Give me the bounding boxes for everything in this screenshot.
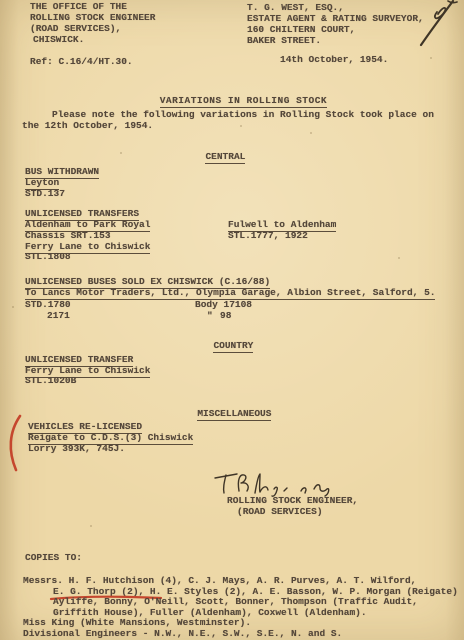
signatory-title-1: ROLLING STOCK ENGINEER, bbox=[227, 496, 358, 506]
central-heading: CENTRAL bbox=[205, 152, 245, 164]
country-heading: COUNTRY bbox=[213, 341, 253, 353]
recipient-line-3: 160 CHILTERN COURT, bbox=[247, 25, 355, 35]
buses-sold-buyer: To Lancs Motor Traders, Ltd., Olympia Ga… bbox=[25, 288, 435, 300]
copies-heading: COPIES TO: bbox=[25, 553, 82, 563]
paper-speck bbox=[90, 525, 92, 527]
paper-speck bbox=[12, 306, 14, 308]
letter-page: THE OFFICE OF THE ROLLING STOCK ENGINEER… bbox=[0, 0, 464, 640]
signatory-title-2: (ROAD SERVICES) bbox=[237, 507, 323, 517]
sender-line-2: ROLLING STOCK ENGINEER bbox=[30, 13, 155, 23]
bus-withdrawn-stock: STD.137 bbox=[25, 189, 65, 199]
misc-heading: MISCELLANEOUS bbox=[197, 409, 271, 421]
transfer-route-3-stock: STL.1777, 1922 bbox=[228, 231, 308, 241]
recipient-line-4: BAKER STREET. bbox=[247, 36, 321, 46]
transfer-route-1-stock: Chassis SRT.153 bbox=[25, 231, 111, 241]
sold-row1-body: Body 17108 bbox=[195, 300, 252, 310]
sold-row2-ditto: " bbox=[207, 311, 213, 321]
copies-line-3: Ayliffe, Bonny, O'Neill, Scott, Bonner, … bbox=[53, 597, 418, 607]
signature-scrawl-icon bbox=[213, 466, 348, 498]
letter-date: 14th October, 1954. bbox=[280, 55, 388, 65]
transfer-route-2-stock: STL.1808 bbox=[25, 252, 71, 262]
copies-line-6: Divisional Engineers - N.W., N.E., S.W.,… bbox=[23, 629, 342, 639]
paper-speck bbox=[430, 57, 432, 59]
country-transfer-stock: STL.1020B bbox=[25, 376, 76, 386]
sender-line-4: CHISWICK. bbox=[33, 35, 84, 45]
sold-row2-fleetno: 2171 bbox=[47, 311, 70, 321]
sender-line-3: (ROAD SERVICES), bbox=[30, 24, 121, 34]
document-title: VARIATIONS IN ROLLING STOCK bbox=[160, 96, 327, 108]
paper-speck bbox=[398, 257, 400, 259]
copies-line-1: Messrs. H. F. Hutchison (4), C. J. Mays,… bbox=[23, 576, 416, 586]
intro-line-1: Please note the following variations in … bbox=[52, 110, 434, 120]
pen-checkmark-icon bbox=[408, 0, 460, 48]
recipient-line-2: ESTATE AGENT & RATING SURVEYOR, bbox=[247, 14, 424, 24]
sold-row1-fleetno: STD.1780 bbox=[25, 300, 71, 310]
reference-number: Ref: C.16/4/HT.30. bbox=[30, 57, 133, 67]
recipient-line-1: T. G. WEST, ESQ., bbox=[247, 3, 344, 13]
red-margin-mark-icon bbox=[4, 414, 26, 472]
paper-speck bbox=[240, 125, 242, 127]
sender-line-1: THE OFFICE OF THE bbox=[30, 2, 127, 12]
copies-line-5: Miss King (White Mansions, Westminster). bbox=[23, 618, 251, 628]
sold-row2-body: 98 bbox=[220, 311, 231, 321]
intro-line-2: the 12th October, 1954. bbox=[22, 121, 153, 131]
paper-speck bbox=[310, 132, 312, 134]
relicensed-stock: Lorry 393K, 745J. bbox=[28, 444, 125, 454]
paper-speck bbox=[120, 152, 122, 154]
